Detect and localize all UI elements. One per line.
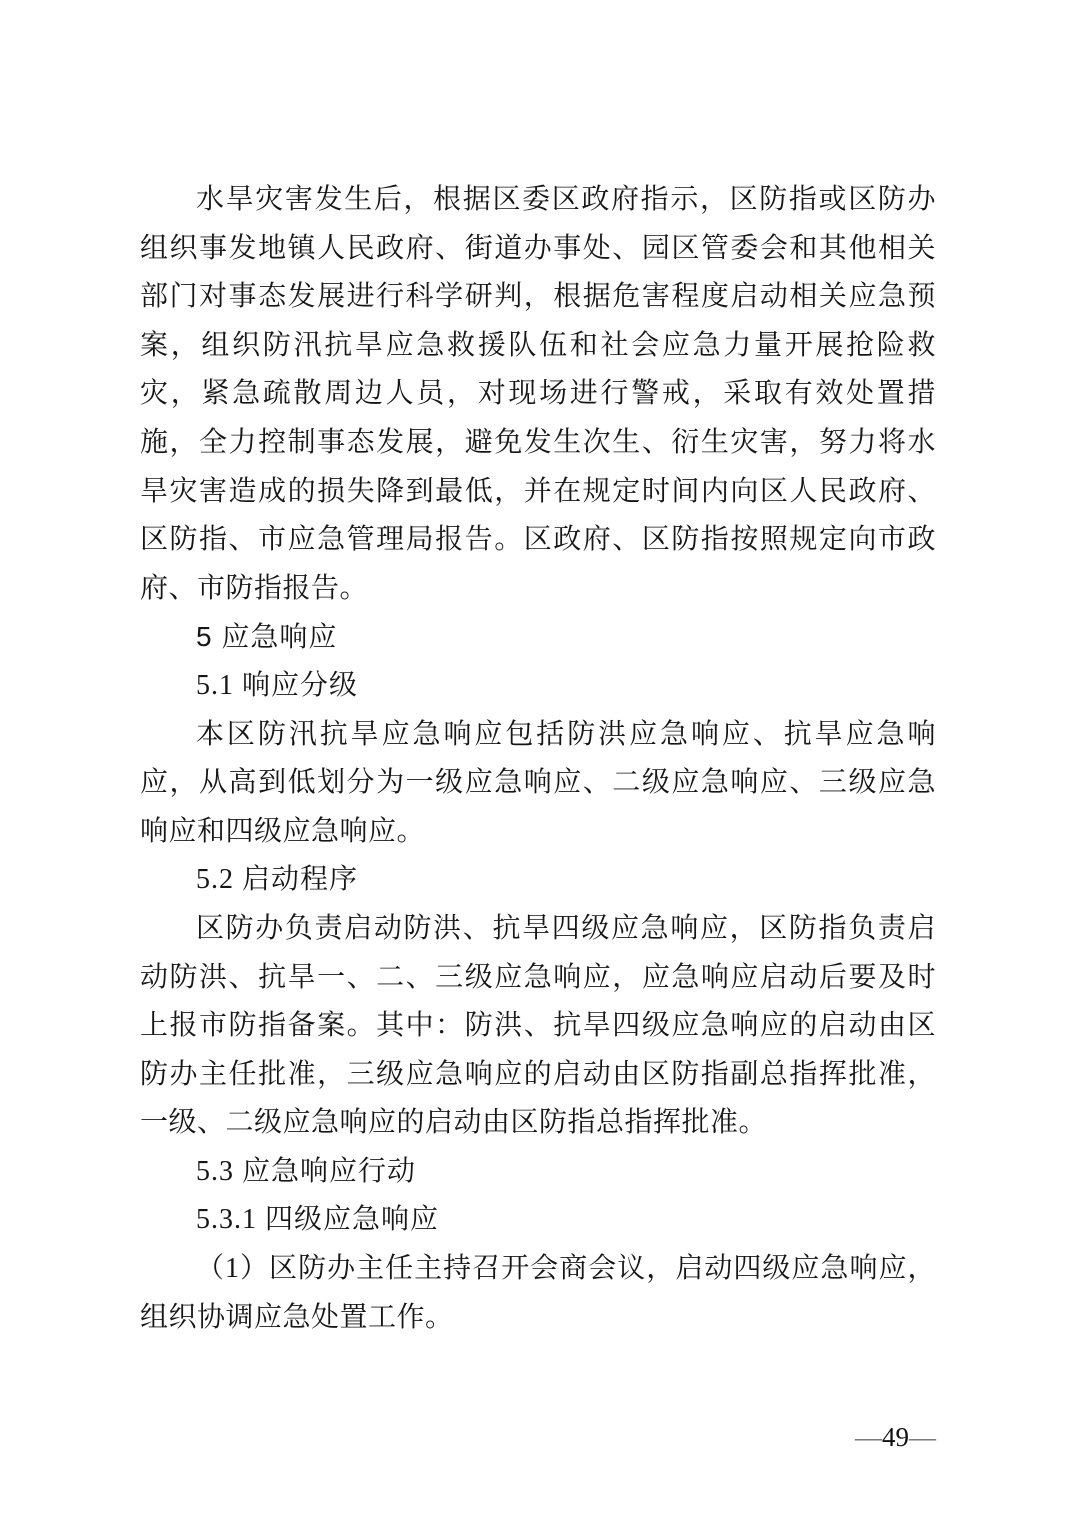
paragraph-activation-procedure: 区防办负责启动防洪、抗旱四级应急响应，区防指负责启动防洪、抗旱一、二、三级应急响… bbox=[140, 905, 936, 1148]
section-heading-5-2: 5.2 启动程序 bbox=[140, 856, 936, 905]
page-footer: —49— bbox=[855, 1420, 936, 1454]
page-number-left-dash: — bbox=[855, 1422, 882, 1452]
page-number-right-dash: — bbox=[909, 1422, 936, 1452]
section-heading-5-3: 5.3 应急响应行动 bbox=[140, 1148, 936, 1197]
document-page: 水旱灾害发生后，根据区委区政府指示，区防指或区防办组织事发地镇人民政府、街道办事… bbox=[0, 0, 1074, 1520]
page-number: 49 bbox=[882, 1422, 909, 1452]
section-heading-5: 5 应急响应 bbox=[140, 613, 936, 662]
document-body: 水旱灾害发生后，根据区委区政府指示，区防指或区防办组织事发地镇人民政府、街道办事… bbox=[140, 176, 936, 1342]
paragraph-emergency-handling: 水旱灾害发生后，根据区委区政府指示，区防指或区防办组织事发地镇人民政府、街道办事… bbox=[140, 176, 936, 613]
section-heading-5-1: 5.1 响应分级 bbox=[140, 662, 936, 711]
section-heading-5-3-1: 5.3.1 四级应急响应 bbox=[140, 1196, 936, 1245]
paragraph-level4-response-item1: （1）区防办主任主持召开会商会议，启动四级应急响应，组织协调应急处置工作。 bbox=[140, 1245, 936, 1342]
paragraph-response-levels: 本区防汛抗旱应急响应包括防洪应急响应、抗旱应急响应，从高到低划分为一级应急响应、… bbox=[140, 711, 936, 857]
